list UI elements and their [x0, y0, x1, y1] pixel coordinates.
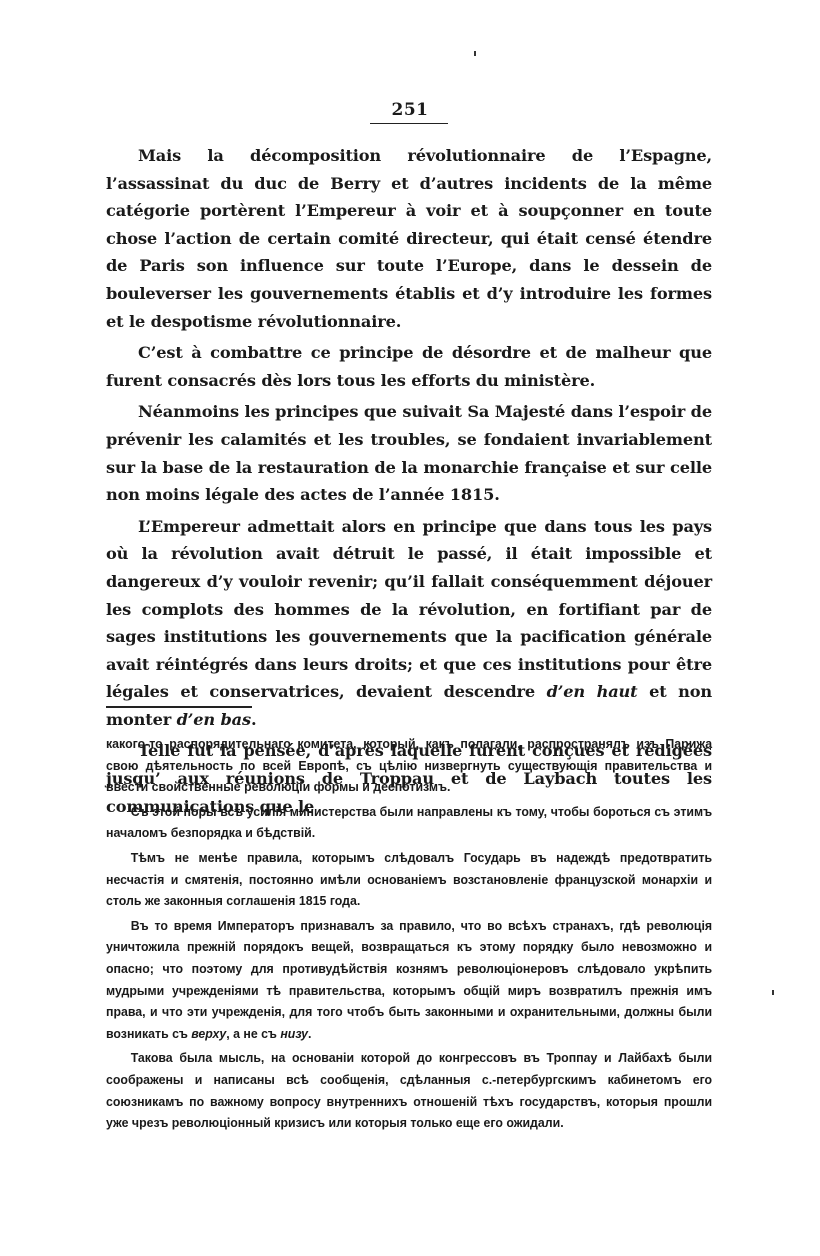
italic-phrase: верху [191, 1026, 226, 1041]
paragraph: L’Empereur admettait alors en principe q… [106, 513, 712, 734]
footnote-russian: какого-то распорядительнаго комитета, ко… [106, 733, 712, 1137]
footnote-paragraph: Съ этой поры всѣ усилія министерства был… [106, 801, 712, 844]
paragraph: Néanmoins les principes que suivait Sa M… [106, 398, 712, 508]
paragraph-text: Въ то время Императоръ признавалъ за пра… [106, 918, 712, 1041]
paragraph-text: . [251, 710, 257, 729]
footnote-paragraph: какого-то распорядительнаго комитета, ко… [106, 733, 712, 798]
main-text-french: Mais la décomposition révolutionnaire de… [106, 142, 712, 824]
footnote-paragraph: Такова была мысль, на основаніи которой … [106, 1047, 712, 1133]
paragraph-text: , а не съ [226, 1026, 280, 1041]
scan-speck-top [474, 51, 476, 56]
scan-speck-right [772, 990, 774, 995]
footnote-paragraph: Въ то время Императоръ признавалъ за пра… [106, 915, 712, 1045]
paragraph-text: . [308, 1026, 311, 1041]
page-number-rule [370, 123, 448, 124]
page-number: 251 [360, 100, 460, 120]
paragraph: C’est à combattre ce principe de désordr… [106, 339, 712, 394]
paragraph-text: L’Empereur admettait alors en principe q… [106, 517, 712, 702]
book-page: 251 Mais la décomposition révolutionnair… [0, 0, 820, 1256]
paragraph: Mais la décomposition révolutionnaire de… [106, 142, 712, 335]
italic-phrase: низу [280, 1026, 308, 1041]
footnote-paragraph: Тѣмъ не менѣе правила, которымъ слѣдовал… [106, 847, 712, 912]
italic-phrase: d’en bas [177, 710, 251, 729]
footnote-separator [106, 706, 252, 708]
italic-phrase: d’en haut [547, 682, 638, 701]
